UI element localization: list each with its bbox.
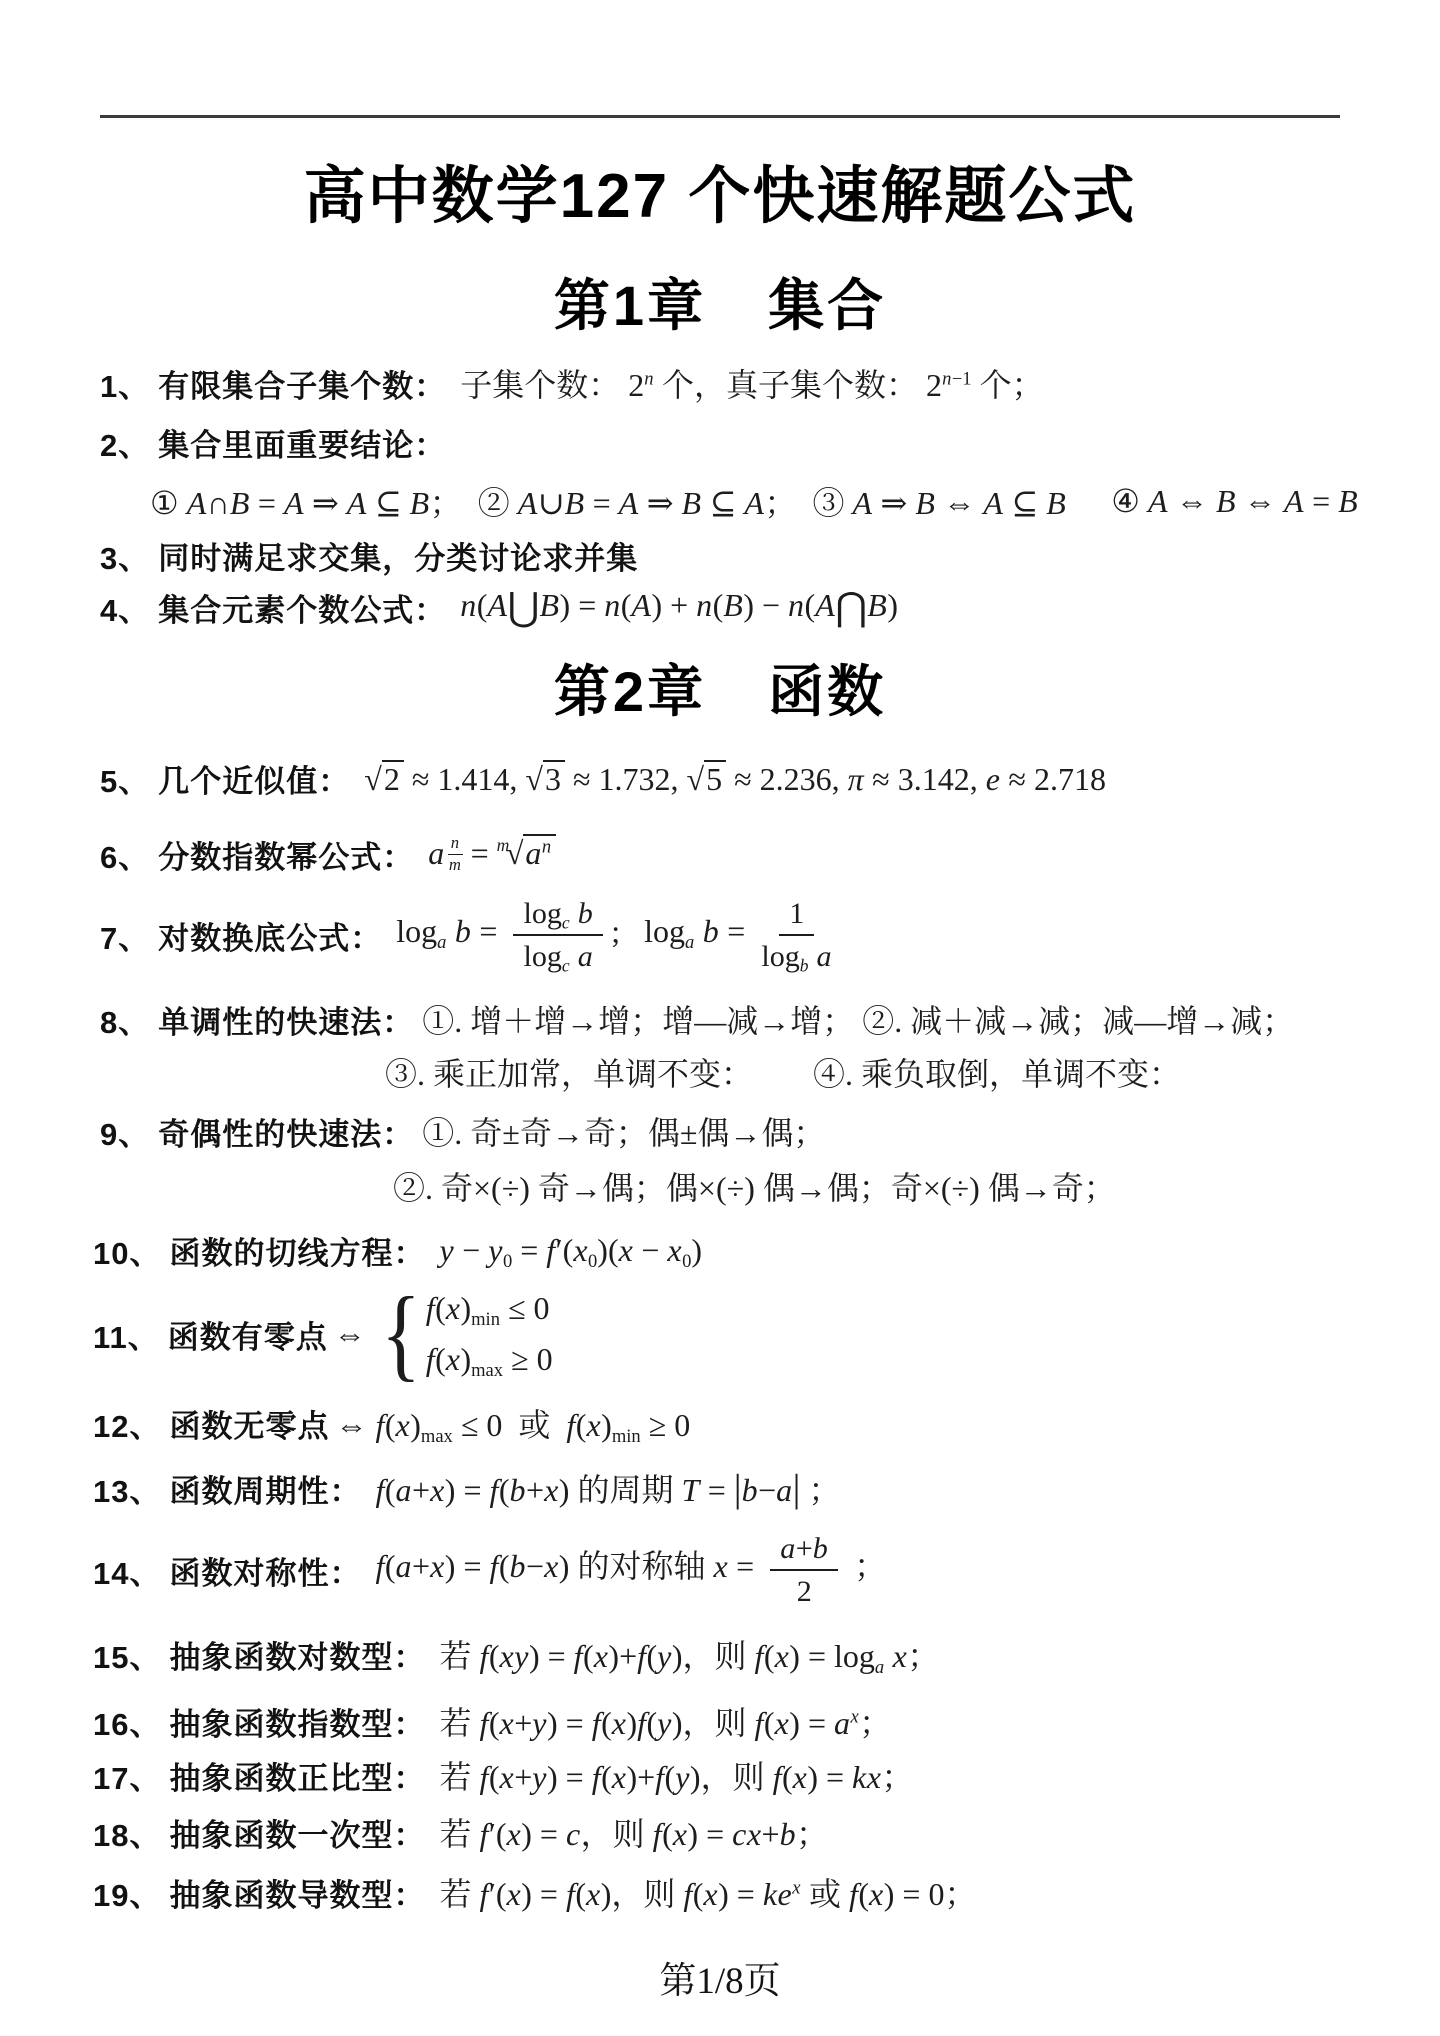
- formula-item-19: 19、 抽象函数导数型： 若 f′(x) = f(x)，则 f(x) = kex…: [93, 1869, 976, 1915]
- item-formula: 若 f(x+y) = f(x)+f(y)，则 f(x) = kx；: [439, 1752, 913, 1798]
- item-formula: y − y0 = f′(x0)(x − x0): [439, 1232, 702, 1269]
- formula-item-4: 4、 集合元素个数公式： n(A⋃B) = n(A) + n(B) − n(A⋂…: [100, 585, 898, 630]
- formula-item-2-line-2: ① A∩B = A ⇒ A ⊆ B； ② A∪B = A ⇒ B ⊆ A； ③ …: [150, 478, 1358, 524]
- item-formula-part-2: ②. 奇×(÷) 奇→偶；偶×(÷) 偶→偶；奇×(÷) 偶→奇；: [393, 1163, 1116, 1209]
- item-label: 函数的切线方程：: [169, 1228, 425, 1273]
- item-label: 同时满足求交集，分类讨论求并集: [158, 533, 638, 578]
- formula-item-15: 15、 抽象函数对数型： 若 f(xy) = f(x)+f(y)，则 f(x) …: [93, 1631, 939, 1677]
- item-number: 19、: [93, 1870, 161, 1915]
- formula-item-16: 16、 抽象函数指数型： 若 f(x+y) = f(x)f(y)，则 f(x) …: [93, 1698, 891, 1744]
- item-label: 分数指数幂公式：: [158, 832, 414, 877]
- item-formula: ①. 奇±奇→奇；偶±偶→偶；: [422, 1108, 825, 1154]
- item-number: 18、: [93, 1810, 161, 1855]
- formula-item-7: 7、 对数换底公式： loga b = logc blogc a; loga b…: [100, 892, 840, 978]
- chapter-2-title: 函数: [768, 660, 886, 723]
- item-number: 8、: [100, 997, 150, 1042]
- item-formula-part-3: ③. 乘正加常，单调不变：: [385, 1049, 753, 1095]
- formula-item-9: 9、 奇偶性的快速法： ①. 奇±奇→奇；偶±偶→偶；: [100, 1108, 825, 1154]
- document-title: 高中数学127 个快速解题公式: [0, 146, 1440, 235]
- item-formula: √2 ≈ 1.414, √3 ≈ 1.732, √5 ≈ 2.236, π ≈ …: [364, 760, 1106, 798]
- item-label: 函数有零点: [168, 1312, 328, 1357]
- document-page: 高中数学127 个快速解题公式 第1章集合 1、 有限集合子集个数： 子集个数：…: [0, 0, 1440, 2036]
- system-row-bottom: f(x)max ≥ 0: [426, 1341, 553, 1378]
- formula-item-13: 13、 函数周期性： f(a+x) = f(b+x) 的周期 T = |b−a|…: [93, 1465, 841, 1511]
- item-formula-part-4: ④. 乘负取倒，单调不变：: [813, 1049, 1181, 1095]
- system-brace: {: [381, 1291, 421, 1376]
- formula-item-12: 12、 函数无零点 ⇔ f(x)max ≤ 0 或 f(x)min ≥ 0: [93, 1400, 690, 1446]
- item-label: 函数周期性：: [169, 1466, 361, 1511]
- chapter-1-title: 集合: [768, 274, 886, 337]
- item-formula: 若 f(x+y) = f(x)f(y)，则 f(x) = ax；: [439, 1698, 891, 1744]
- formula-item-5: 5、 几个近似值： √2 ≈ 1.414, √3 ≈ 1.732, √5 ≈ 2…: [100, 756, 1106, 801]
- item-formula: ① A∩B = A ⇒ A ⊆ B； ② A∪B = A ⇒ B ⊆ A； ③ …: [150, 478, 1066, 524]
- item-formula: ⇔ f(x)max ≤ 0 或 f(x)min ≥ 0: [335, 1400, 690, 1446]
- chapter-2-heading: 第2章函数: [0, 648, 1440, 728]
- item-label: 抽象函数对数型：: [169, 1632, 425, 1677]
- item-number: 5、: [100, 756, 150, 801]
- item-formula: loga b = logc blogc a; loga b = 1logb a: [396, 896, 840, 973]
- formula-item-10: 10、 函数的切线方程： y − y0 = f′(x0)(x − x0): [93, 1228, 702, 1273]
- item-label: 几个近似值：: [158, 756, 350, 801]
- item-label: 抽象函数正比型：: [169, 1753, 425, 1798]
- formula-item-8: 8、 单调性的快速法： ①. 增＋增→增；增—减→增； ②. 减＋减→减；减—增…: [100, 996, 1294, 1042]
- item-formula: 子集个数： 2n 个，真子集个数： 2n−1 个；: [460, 360, 1043, 406]
- formula-item-3: 3、 同时满足求交集，分类讨论求并集: [100, 533, 638, 578]
- item-formula: f(a+x) = f(b−x) 的对称轴 x = a+b2 ；: [375, 1531, 886, 1608]
- item-number: 10、: [93, 1228, 161, 1273]
- item-label: 集合里面重要结论：: [158, 420, 446, 465]
- formula-item-6: 6、 分数指数幂公式： anm = m√an: [100, 822, 556, 886]
- formula-item-17: 17、 抽象函数正比型： 若 f(x+y) = f(x)+f(y)，则 f(x)…: [93, 1752, 913, 1798]
- item-formula: anm = m√an: [428, 834, 555, 874]
- page-number: 第1/8页: [0, 1950, 1440, 2004]
- item-number: 9、: [100, 1109, 150, 1154]
- item-number: 1、: [100, 361, 150, 406]
- item-number: 11、: [93, 1312, 160, 1357]
- header-rule: [100, 115, 1340, 118]
- item-number: 15、: [93, 1632, 161, 1677]
- item-label: 函数无零点: [169, 1401, 329, 1446]
- item-label: 奇偶性的快速法：: [158, 1109, 414, 1154]
- item-label: 集合元素个数公式：: [158, 585, 446, 630]
- item-formula: n(A⋃B) = n(A) + n(B) − n(A⋂B): [460, 585, 898, 630]
- item-label: 对数换底公式：: [158, 913, 382, 958]
- item-number: 4、: [100, 585, 150, 630]
- item-formula: f(a+x) = f(b+x) 的周期 T = |b−a| ；: [375, 1465, 840, 1511]
- item-number: 12、: [93, 1401, 161, 1446]
- item-label: 抽象函数导数型：: [169, 1870, 425, 1915]
- item-number: 6、: [100, 832, 150, 877]
- item-formula: 若 f′(x) = f(x)，则 f(x) = kex 或 f(x) = 0；: [439, 1869, 976, 1915]
- chapter-2-label: 第2章: [554, 660, 706, 723]
- item-label: 函数对称性：: [169, 1548, 361, 1593]
- formula-item-2: 2、 集合里面重要结论：: [100, 420, 446, 465]
- item-formula: 若 f(xy) = f(x)+f(y)，则 f(x) = loga x；: [439, 1631, 939, 1677]
- item-label: 单调性的快速法：: [158, 997, 414, 1042]
- item-number: 7、: [100, 913, 150, 958]
- item-label: 有限集合子集个数：: [158, 361, 446, 406]
- item-number: 2、: [100, 420, 150, 465]
- item-formula: 若 f′(x) = c，则 f(x) = cx+b；: [439, 1809, 828, 1855]
- chapter-1-heading: 第1章集合: [0, 262, 1440, 342]
- chapter-1-label: 第1章: [554, 274, 706, 337]
- item-number: 3、: [100, 533, 150, 578]
- formula-item-8-line-2: ③. 乘正加常，单调不变： ④. 乘负取倒，单调不变：: [385, 1049, 1181, 1095]
- item-formula: ①. 增＋增→增；增—减→增； ②. 减＋减→减；减—增→减；: [422, 996, 1294, 1042]
- item-number: 16、: [93, 1699, 161, 1744]
- item-label: 抽象函数指数型：: [169, 1699, 425, 1744]
- item-label: 抽象函数一次型：: [169, 1810, 425, 1855]
- formula-item-9-line-2: ②. 奇×(÷) 奇→偶；偶×(÷) 偶→偶；奇×(÷) 偶→奇；: [393, 1163, 1116, 1209]
- formula-item-18: 18、 抽象函数一次型： 若 f′(x) = c，则 f(x) = cx+b；: [93, 1809, 828, 1855]
- iff-symbol: ⇔: [334, 1316, 366, 1353]
- item-number: 14、: [93, 1548, 161, 1593]
- system-row-top: f(x)min ≤ 0: [426, 1290, 553, 1327]
- item-number: 17、: [93, 1753, 161, 1798]
- system-rows: f(x)min ≤ 0 f(x)max ≥ 0: [426, 1290, 553, 1378]
- formula-item-1: 1、 有限集合子集个数： 子集个数： 2n 个，真子集个数： 2n−1 个；: [100, 360, 1044, 406]
- formula-item-11: 11、 函数有零点 ⇔ { f(x)min ≤ 0 f(x)max ≥ 0: [93, 1288, 553, 1380]
- formula-item-14: 14、 函数对称性： f(a+x) = f(b−x) 的对称轴 x = a+b2…: [93, 1532, 886, 1608]
- item-number: 13、: [93, 1466, 161, 1511]
- item-formula-part-4: ④ A ⇔ B ⇔ A = B: [1111, 482, 1358, 520]
